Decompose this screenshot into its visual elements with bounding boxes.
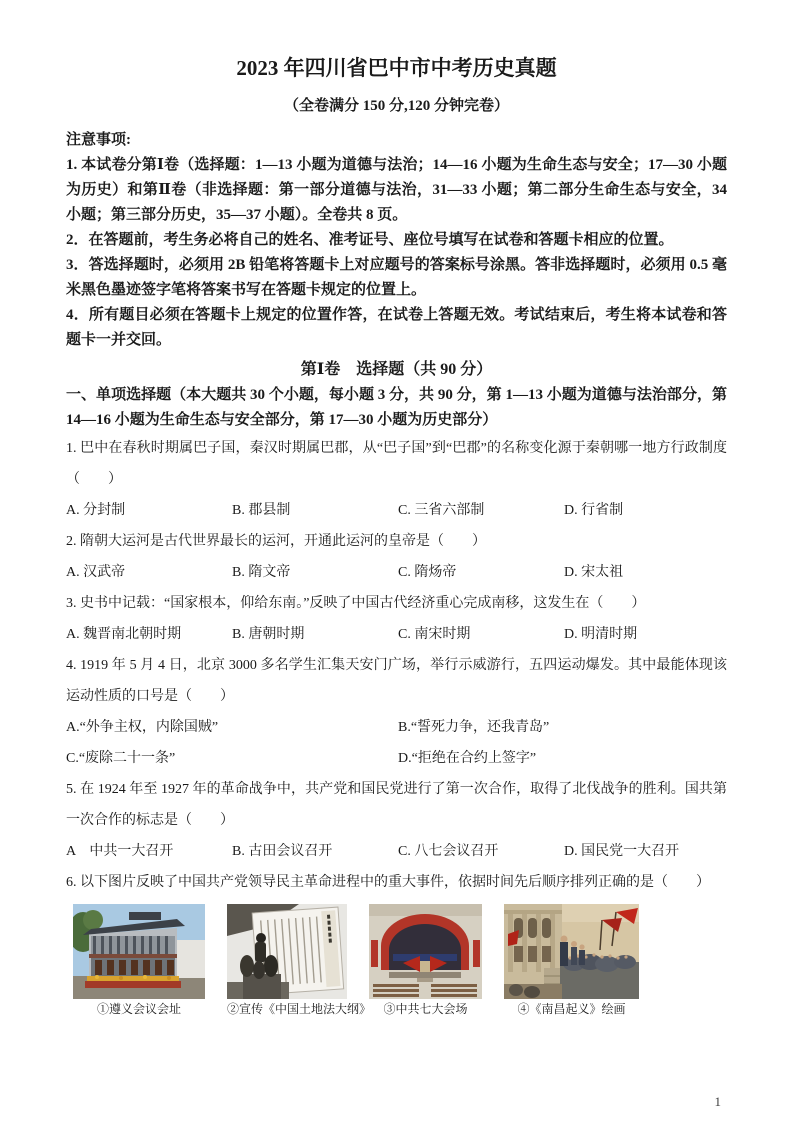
question-4: 4. 1919 年 5 月 4 日，北京 3000 多名学生汇集天安门广场，举行… [66,650,727,774]
question-1-option-c: C. 三省六部制 [398,495,564,526]
question-2-option-a: A. 汉武帝 [66,557,232,588]
exam-content: 2023 年四川省巴中市中考历史真题 （全卷满分 150 分,120 分钟完卷）… [0,0,793,1018]
question-6-figures: ①遵义会议会址 [73,904,727,1018]
question-4-text: 4. 1919 年 5 月 4 日，北京 3000 多名学生汇集天安门广场，举行… [66,650,727,712]
notice-item-3: 3．答选择题时，必须用 2B 铅笔将答题卡上对应题号的答案标号涂黑。答非选择题时… [66,253,727,303]
question-6: 6. 以下图片反映了中国共产党领导民主革命进程中的重大事件，依据时间先后顺序排列… [66,867,727,1018]
question-1-option-d: D. 行省制 [564,495,727,526]
question-5: 5. 在 1924 年至 1927 年的革命战争中，共产党和国民党进行了第一次合… [66,774,727,867]
notice-item-4: 4．所有题目必须在答题卡上规定的位置作答，在试卷上答题无效。考试结束后，考生将本… [66,303,727,353]
question-3-option-b: B. 唐朝时期 [232,619,398,650]
nanchang-uprising-painting [504,904,639,999]
question-1: 1. 巴中在春秋时期属巴子国，秦汉时期属巴郡，从“巴子国”到“巴郡”的名称变化源… [66,433,727,526]
question-3-text: 3. 史书中记载：“国家根本，仰给东南。”反映了中国古代经济重心完成南移，这发生… [66,588,727,619]
notice-item-2: 2．在答题前，考生务必将自己的姓名、准考证号、座位号填写在试卷和答题卡相应的位置… [66,228,727,253]
question-5-option-c: C. 八七会议召开 [398,836,564,867]
question-5-options: A 中共一大召开 B. 古田会议召开 C. 八七会议召开 D. 国民党一大召开 [66,836,727,867]
question-1-text: 1. 巴中在春秋时期属巴子国，秦汉时期属巴郡，从“巴子国”到“巴郡”的名称变化源… [66,433,727,495]
page-number: 1 [715,1094,722,1110]
question-2-option-c: C. 隋炀帝 [398,557,564,588]
figure-3: ③中共七大会场 [369,904,482,1018]
question-3-option-c: C. 南宋时期 [398,619,564,650]
seventh-congress-hall-photo [369,904,482,999]
exam-page: 2023 年四川省巴中市中考历史真题 （全卷满分 150 分,120 分钟完卷）… [0,0,793,1122]
question-5-option-b: B. 古田会议召开 [232,836,398,867]
question-4-option-b: B.“誓死力争，还我青岛” [398,712,727,743]
figure-3-caption: ③中共七大会场 [369,1001,482,1018]
figure-4: ④《南昌起义》绘画 [504,904,639,1018]
figure-2: ②宣传《中国土地法大纲》 [227,904,347,1018]
question-4-options: A.“外争主权，内除国贼” B.“誓死力争，还我青岛” C.“废除二十一条” D… [66,712,727,774]
question-2-text: 2. 隋朝大运河是古代世界最长的运河，开通此运河的皇帝是（ ） [66,526,727,557]
question-1-option-a: A. 分封制 [66,495,232,526]
question-5-text: 5. 在 1924 年至 1927 年的革命战争中，共产党和国民党进行了第一次合… [66,774,727,836]
question-1-options: A. 分封制 B. 郡县制 C. 三省六部制 D. 行省制 [66,495,727,526]
figure-1: ①遵义会议会址 [73,904,205,1018]
question-3-option-d: D. 明清时期 [564,619,727,650]
notice-item-1: 1. 本试卷分第Ⅰ卷（选择题：1—13 小题为道德与法治；14—16 小题为生命… [66,153,727,228]
question-4-option-a: A.“外争主权，内除国贼” [66,712,398,743]
question-1-option-b: B. 郡县制 [232,495,398,526]
question-6-text: 6. 以下图片反映了中国共产党领导民主革命进程中的重大事件，依据时间先后顺序排列… [66,867,727,898]
zunyi-site-photo [73,904,205,999]
question-5-option-d: D. 国民党一大召开 [564,836,727,867]
question-2-options: A. 汉武帝 B. 隋文帝 C. 隋炀帝 D. 宋太祖 [66,557,727,588]
exam-title: 2023 年四川省巴中市中考历史真题 [66,52,727,84]
question-3: 3. 史书中记载：“国家根本，仰给东南。”反映了中国古代经济重心完成南移，这发生… [66,588,727,650]
question-group-heading: 一、单项选择题（本大题共 30 个小题，每小题 3 分，共 90 分，第 1—1… [66,383,727,433]
section-heading: 第Ⅰ卷 选择题（共 90 分） [66,357,727,383]
question-2-option-b: B. 隋文帝 [232,557,398,588]
question-5-option-a: A 中共一大召开 [66,836,232,867]
figure-4-caption: ④《南昌起义》绘画 [504,1001,639,1018]
question-4-option-d: D.“拒绝在合约上签字” [398,743,727,774]
question-3-option-a: A. 魏晋南北朝时期 [66,619,232,650]
question-2: 2. 隋朝大运河是古代世界最长的运河，开通此运河的皇帝是（ ） A. 汉武帝 B… [66,526,727,588]
exam-subtitle: （全卷满分 150 分,120 分钟完卷） [66,94,727,118]
notice-label: 注意事项: [66,128,727,153]
question-2-option-d: D. 宋太祖 [564,557,727,588]
figure-1-caption: ①遵义会议会址 [73,1001,205,1018]
land-law-poster-photo [227,904,347,999]
question-4-option-c: C.“废除二十一条” [66,743,398,774]
question-3-options: A. 魏晋南北朝时期 B. 唐朝时期 C. 南宋时期 D. 明清时期 [66,619,727,650]
figure-2-caption: ②宣传《中国土地法大纲》 [227,1001,347,1018]
